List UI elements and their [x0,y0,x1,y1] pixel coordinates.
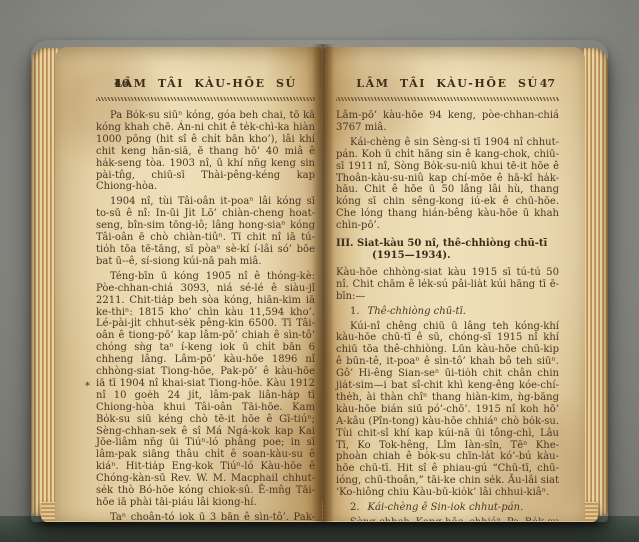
header-rule [96,97,315,101]
left-page-number: 46 [114,77,129,90]
section-heading-line1: III. Siat-kàu 50 nî, thê-chhiòng chū-tī [336,238,559,250]
section-heading: III. Siat-kàu 50 nî, thê-chhiòng chū-tī … [336,238,559,262]
open-book: * 46 LÂM TÂI KÀU-HŌE SÚ Pa Bo̍k-su siūⁿ … [31,40,608,522]
header-rule [336,97,559,101]
body-paragraph: Taⁿ choân-tó iok ū 3 bān ê sìn-tô’. Pak-… [96,512,315,521]
body-paragraph: Pa Bo̍k-su siūⁿ kóng, góa beh chai, tō k… [96,110,315,193]
body-paragraph: 1904 nî, tùi Tâi-oân it-poaⁿ lâi kóng sī… [96,196,315,267]
body-paragraph: Kúi-nî chêng chiū ū lâng teh kóng-khí kà… [336,321,559,500]
right-page: LÂM TÂI KÀU-HŌE SÚ 47 Lâm-pō’ kàu-hōe 94… [323,47,585,521]
right-header-title: LÂM TÂI KÀU-HŌE SÚ [356,77,539,90]
body-paragraph: Sèng-chheh Kong-hōe chhiáⁿ Pa Bo̍k-su tē… [336,517,559,521]
item-number: 2. [350,502,360,513]
left-header-title: LÂM TÂI KÀU-HŌE SÚ [114,77,297,90]
body-paragraph: Téng-bīn ū kóng 1905 nî ê thóng-kè: Pòe-… [96,271,315,509]
left-body-text: Pa Bo̍k-su siūⁿ kóng, góa beh chai, tō k… [96,110,315,521]
item-label: Thê-chhiòng chū-tī. [360,306,466,317]
section-heading-line2: (1915—1934). [336,250,559,262]
left-page-column: 46 LÂM TÂI KÀU-HŌE SÚ Pa Bo̍k-su siūⁿ kó… [96,77,315,521]
book-gutter [312,44,334,522]
photo-backdrop: * 46 LÂM TÂI KÀU-HŌE SÚ Pa Bo̍k-su siūⁿ … [0,0,639,542]
body-paragraph: Kái-chèng ê sin Sèng-si tī 1904 nî chhut… [336,137,559,232]
right-running-header: LÂM TÂI KÀU-HŌE SÚ 47 [336,77,559,90]
numbered-item: 2.Kái-chèng ê Sin-iok chhut-pán. [336,502,559,514]
item-number: 1. [350,306,360,317]
left-running-header: 46 LÂM TÂI KÀU-HŌE SÚ [96,77,315,90]
body-paragraph: Lâm-pō’ kàu-hōe 94 keng, pòe-chhan-chiá … [336,110,559,134]
left-page-edges [31,48,58,516]
left-page: * 46 LÂM TÂI KÀU-HŌE SÚ Pa Bo̍k-su siūⁿ … [55,47,322,521]
item-label: Kái-chèng ê Sin-iok chhut-pán. [360,502,524,513]
numbered-item: 1.Thê-chhiòng chū-tī. [336,306,559,318]
margin-asterisk: * [85,381,90,392]
right-page-edges [583,48,608,516]
right-page-number: 47 [540,77,555,90]
right-page-column: LÂM TÂI KÀU-HŌE SÚ 47 Lâm-pō’ kàu-hōe 94… [336,77,559,521]
right-body-text: Lâm-pō’ kàu-hōe 94 keng, pòe-chhan-chiá … [336,110,559,521]
body-paragraph: Kàu-hōe chhòng-siat kàu 1915 sī tú-tú 50… [336,267,559,303]
